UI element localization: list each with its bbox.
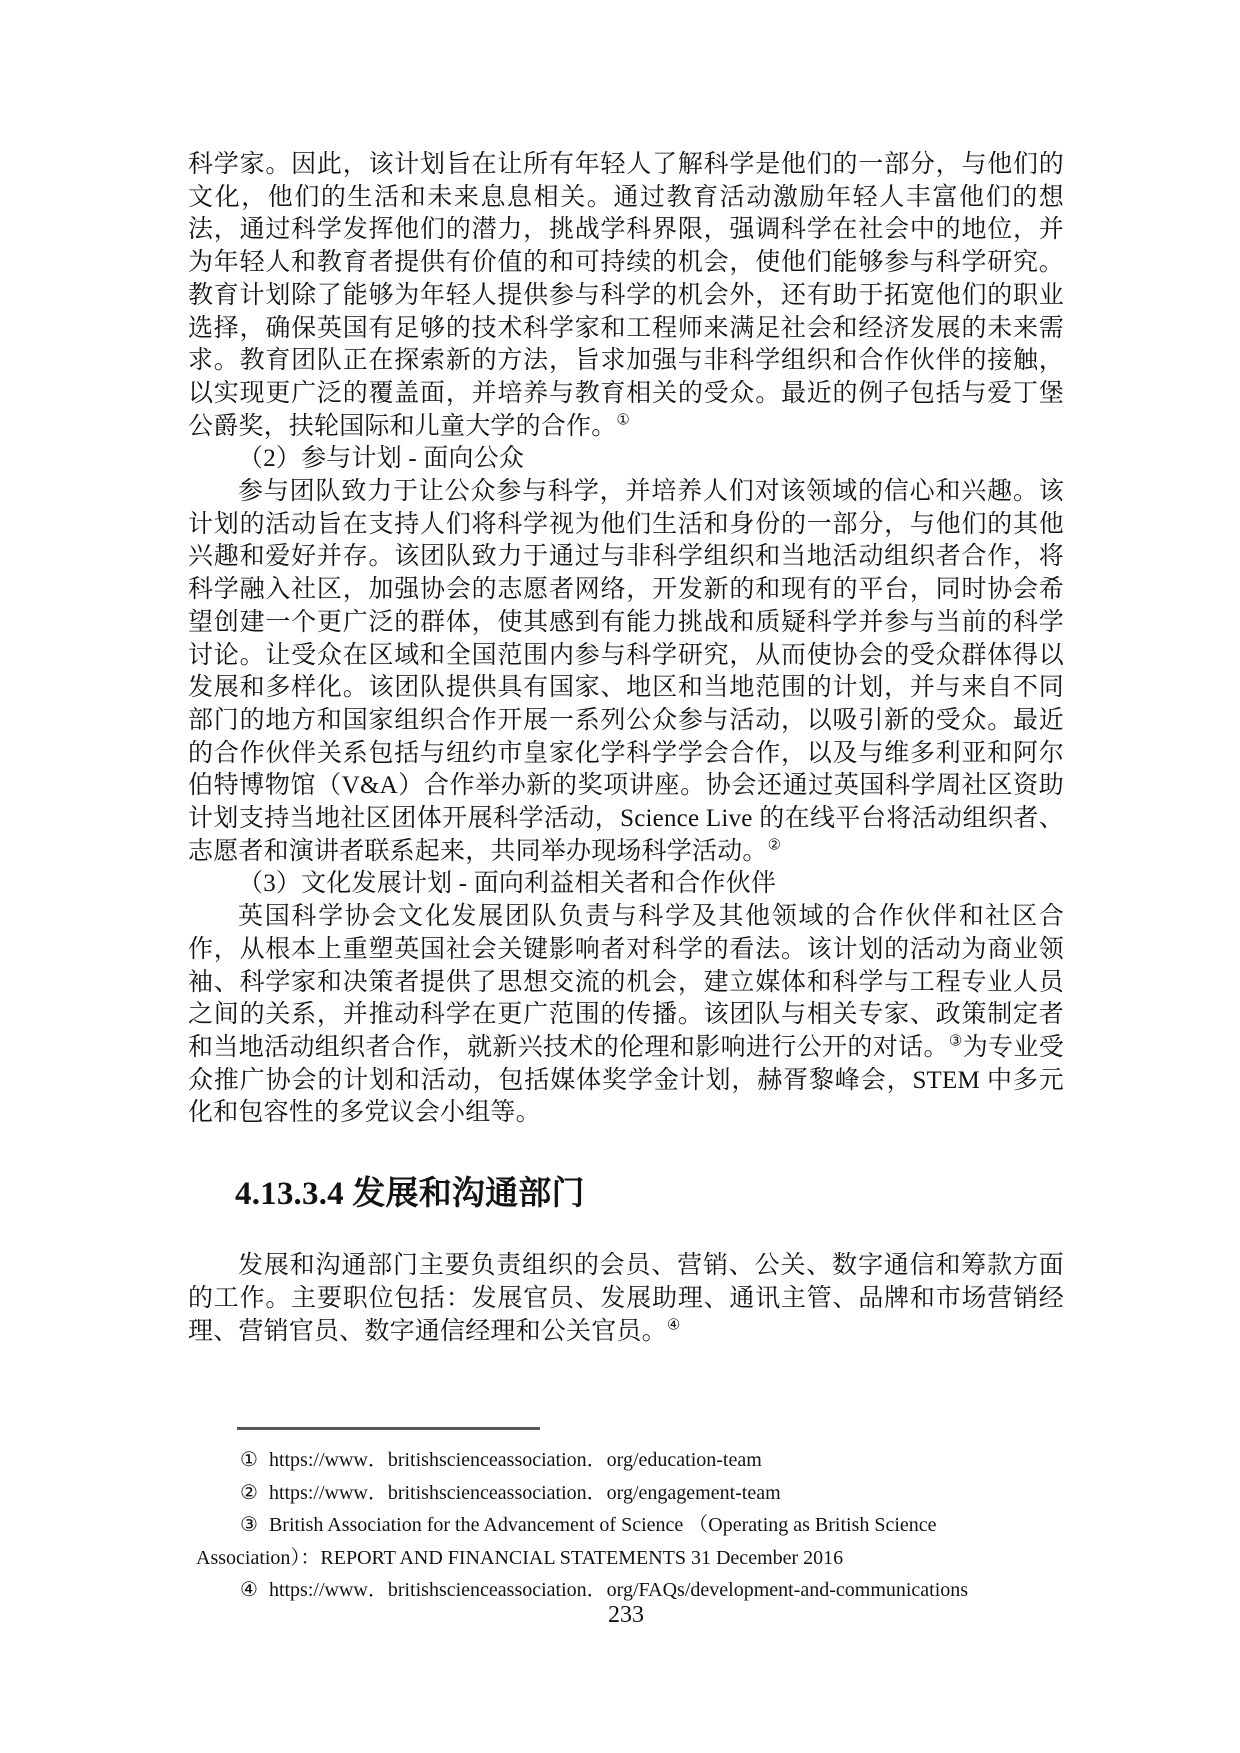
footnote-marker: ④ (240, 1579, 258, 1601)
document-body: 科学家。因此，该计划旨在让所有年轻人了解科学是他们的一部分，与他们的文化，他们的… (188, 149, 1064, 1348)
footnote-item: ①https://www．britishscienceassociation．o… (196, 1444, 1058, 1477)
section-heading: 4.13.3.4 发展和沟通部门 (188, 1172, 1064, 1216)
body-paragraph: 发展和沟通部门主要负责组织的会员、营销、公关、数字通信和筹款方面的工作。主要职位… (188, 1250, 1064, 1348)
footnote-text: https://www．britishscienceassociation．or… (269, 1579, 968, 1601)
sub-heading-paragraph: （3）文化发展计划 - 面向利益相关者和合作伙伴 (188, 868, 1064, 901)
body-paragraph: 英国科学协会文化发展团队负责与科学及其他领域的合作伙伴和社区合作，从根本上重塑英… (188, 901, 1064, 1130)
footnote-item: ③British Association for the Advancement… (196, 1509, 1058, 1574)
footnote-ref: ① (616, 412, 630, 428)
sub-heading-paragraph: （2）参与计划 - 面向公众 (188, 443, 1064, 476)
footnote-divider (237, 1427, 540, 1430)
footnote-marker: ③ (240, 1514, 258, 1536)
document-page: 科学家。因此，该计划旨在让所有年轻人了解科学是他们的一部分，与他们的文化，他们的… (0, 0, 1240, 1753)
footnotes-block: ①https://www．britishscienceassociation．o… (196, 1444, 1058, 1607)
footnote-marker: ② (240, 1482, 258, 1504)
body-paragraph: 参与团队致力于让公众参与科学，并培养人们对该领域的信心和兴趣。该计划的活动旨在支… (188, 476, 1064, 868)
body-paragraph: 科学家。因此，该计划旨在让所有年轻人了解科学是他们的一部分，与他们的文化，他们的… (188, 149, 1064, 443)
footnote-text: British Association for the Advancement … (196, 1514, 937, 1569)
page-number: 233 (188, 1602, 1064, 1629)
footnote-ref: ④ (667, 1317, 681, 1333)
footnote-ref: ② (768, 837, 782, 853)
footnote-ref: ③ (949, 1034, 963, 1050)
footnote-text: https://www．britishscienceassociation．or… (269, 1482, 781, 1504)
footnote-text: https://www．britishscienceassociation．or… (269, 1449, 762, 1471)
footnote-item: ②https://www．britishscienceassociation．o… (196, 1477, 1058, 1510)
footnote-marker: ① (240, 1449, 258, 1471)
